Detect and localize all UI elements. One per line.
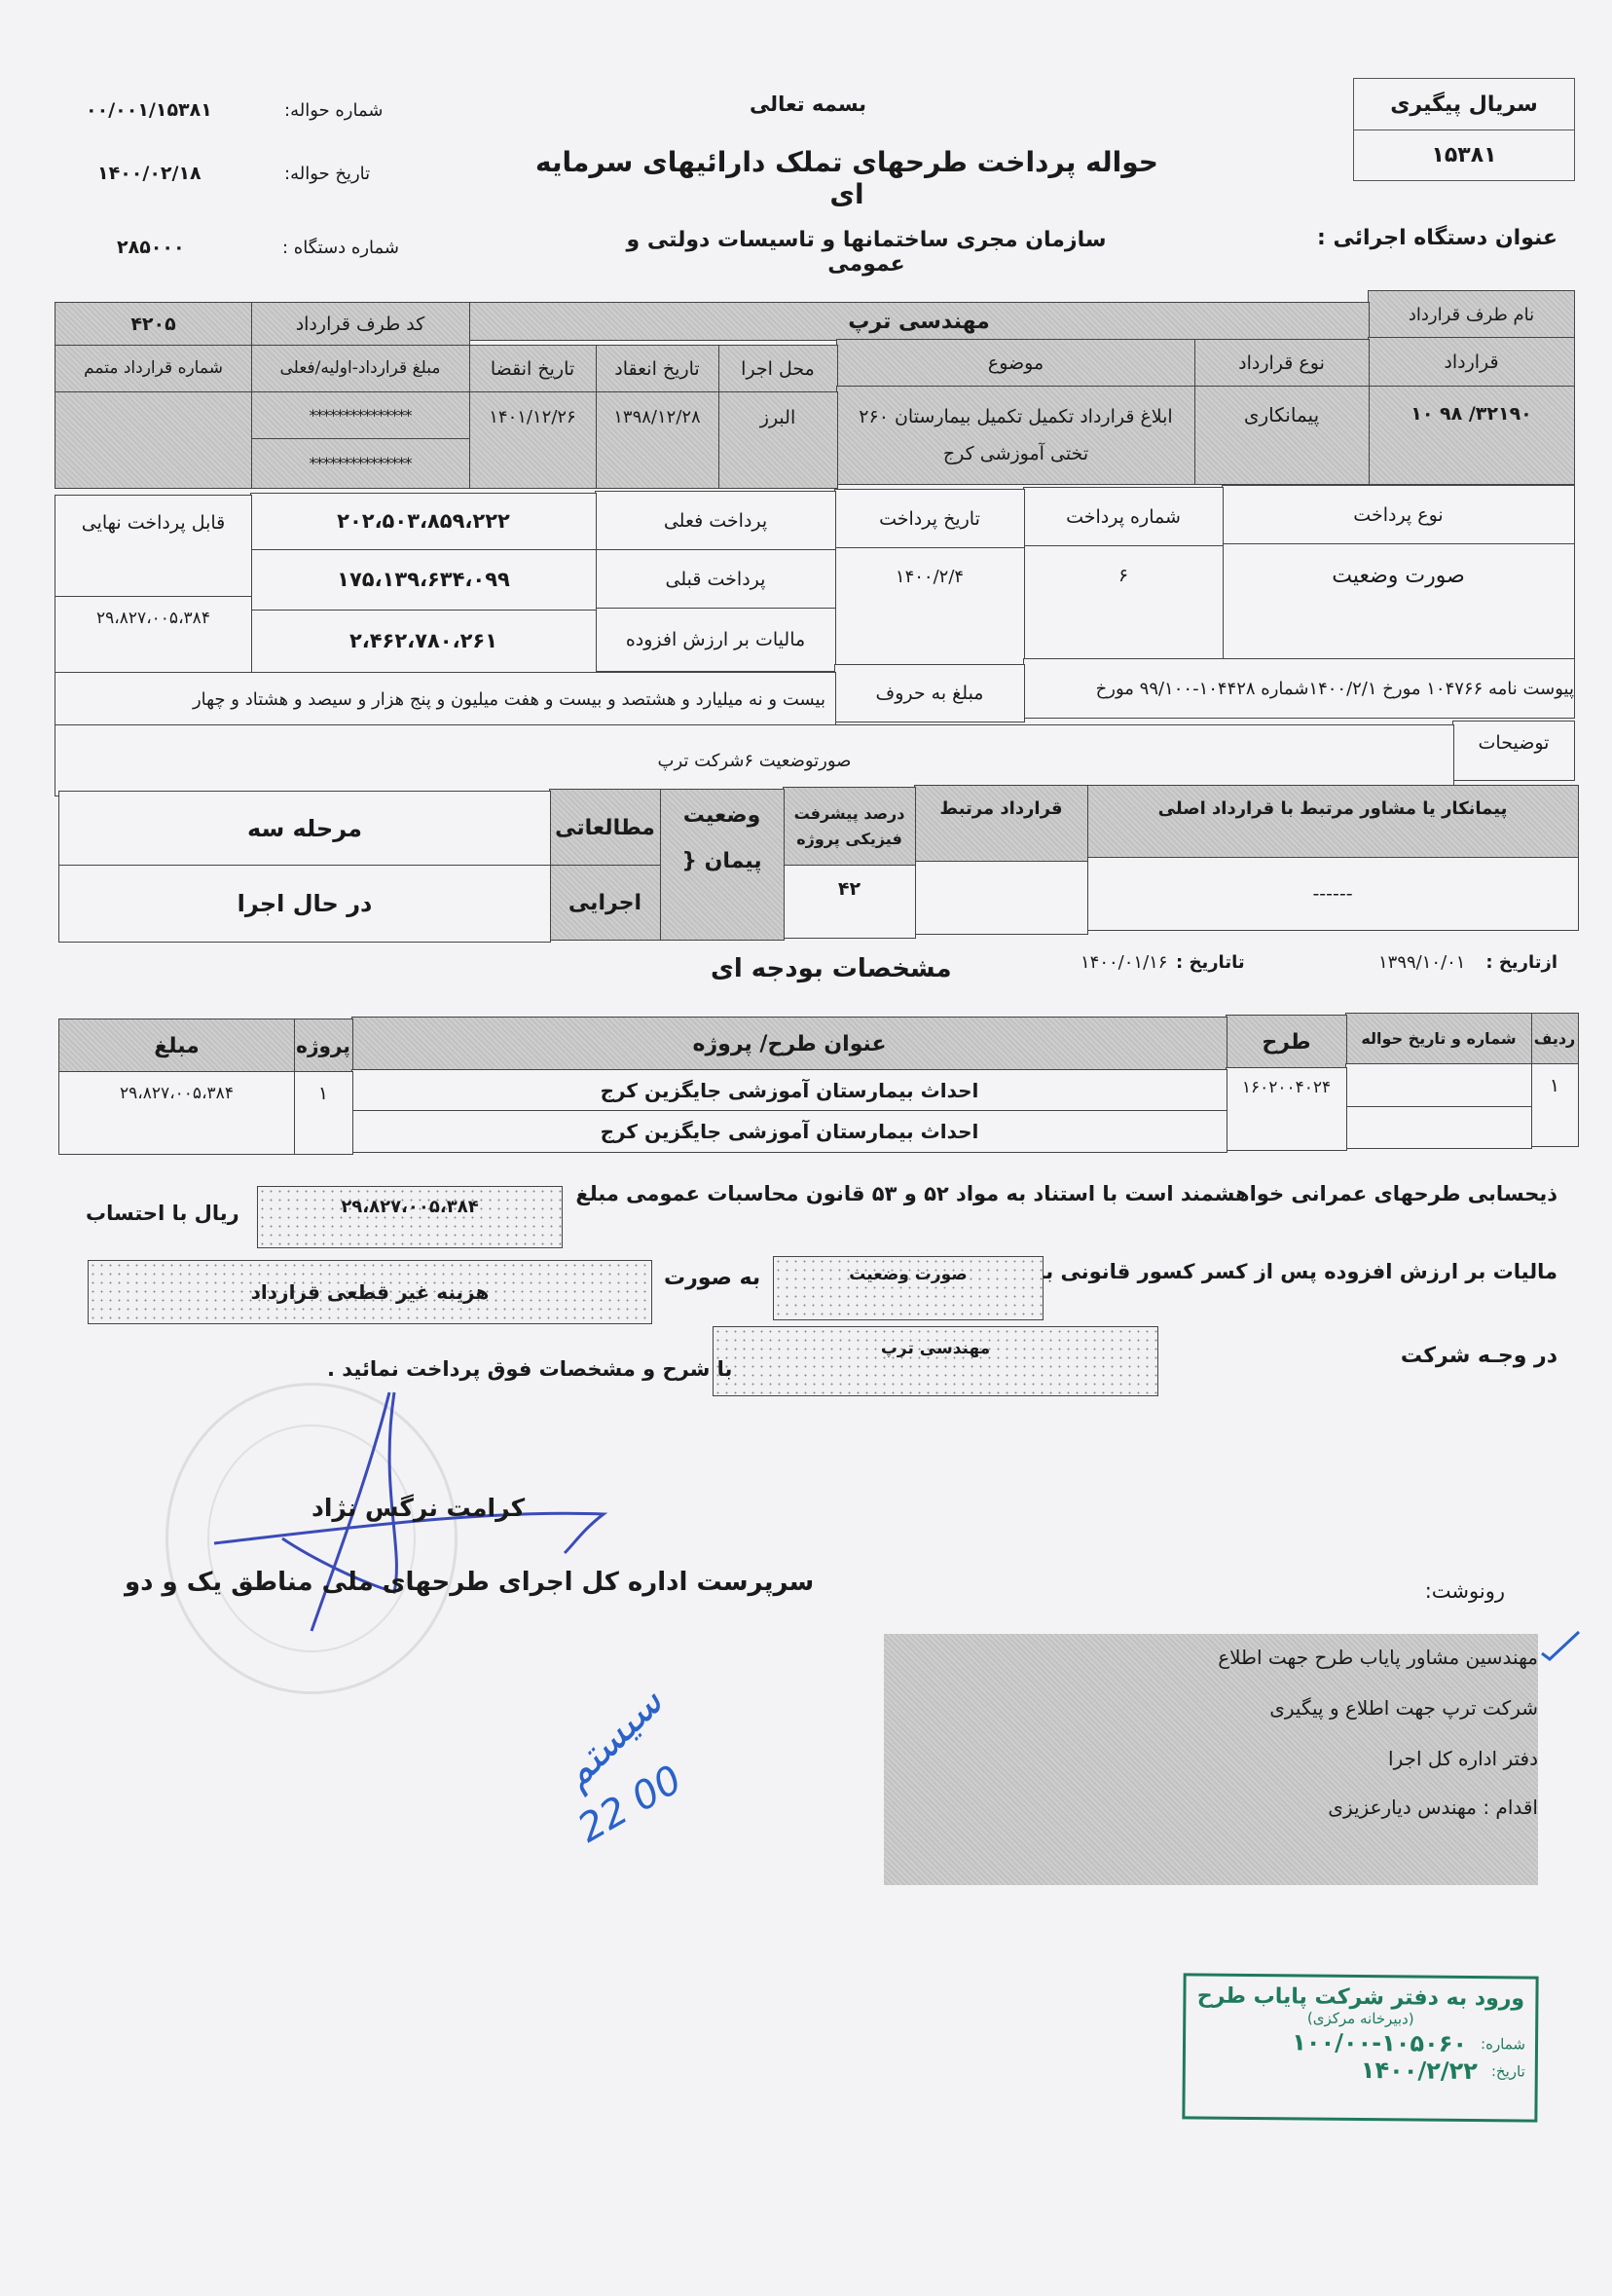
- transfer-number-value: ۰۰/۰۰۱/۱۵۳۸۱: [86, 99, 212, 121]
- party-name-label: نام طرف قرارداد: [1368, 290, 1575, 339]
- cc-box: مهندسین مشاور پایاب طرح جهت اطلاع شرکت ت…: [884, 1634, 1538, 1885]
- supplement-number: [55, 391, 252, 489]
- exec-value: در حال اجرا: [58, 865, 551, 943]
- amount-in-words: بیست و نه میلیارد و هشتصد و بیست و هفت م…: [55, 672, 836, 726]
- contract-amount-initial: ***************: [250, 391, 470, 440]
- budget-row-project: ۱: [293, 1071, 353, 1155]
- page-title: حواله پرداخت طرحهای تملک دارائیهای سرمای…: [526, 146, 1168, 210]
- order-payee-box: مهندسی ترپ: [713, 1326, 1158, 1396]
- agency-label: عنوان دستگاه اجرائی :: [1317, 226, 1557, 250]
- order-line-1-tail: ریال با احتساب: [86, 1202, 239, 1225]
- payment-date: ۱۴۰۰/۲/۴: [834, 547, 1025, 676]
- contract-sign-date: ۱۳۹۸/۱۲/۲۸: [595, 391, 719, 489]
- stamp-number-label: شماره:: [1481, 2035, 1525, 2053]
- final-payable-label: قابل پرداخت نهایی: [55, 495, 252, 598]
- related-contractor-value: ------: [1086, 857, 1579, 931]
- status-sub: پیمان {: [681, 845, 761, 877]
- contract-number: ۱۰ ۹۸ /۳۲۱۹۰: [1368, 386, 1575, 485]
- budget-header-project: پروژه: [293, 1018, 353, 1073]
- header-location: محل اجرا: [717, 345, 838, 393]
- device-number-value: ۲۸۵۰۰۰: [117, 237, 185, 258]
- budget-row-amount: ۲۹،۸۲۷،۰۰۵،۳۸۴: [58, 1071, 295, 1155]
- contract-amount-current: ***************: [250, 438, 470, 489]
- order-line-3-text: در وجـه شرکت: [1401, 1344, 1557, 1368]
- party-name: مهندسی ترپ: [468, 302, 1370, 341]
- header-sign-date: تاریخ انعقاد: [595, 345, 719, 393]
- stamp-title: ورود به دفتر شرکت پایاب طرح: [1186, 1983, 1535, 2011]
- budget-header-row: ردیف: [1530, 1013, 1579, 1065]
- to-date-value: ۱۴۰۰/۰۱/۱۶: [1081, 952, 1167, 973]
- agency-name: سازمان مجری ساختمانها و تاسیسات دولتی و …: [604, 228, 1129, 277]
- progress-label-1: درصد پیشرفت: [794, 801, 905, 827]
- payment-date-label: تاریخ پرداخت: [834, 489, 1025, 549]
- contract-location: البرز: [717, 391, 838, 489]
- signatory-position: سرپرست اداره کل اجرای طرحهای ملی مناطق ی…: [125, 1568, 814, 1597]
- cc-item: دفتر اداره کل اجرا: [1388, 1747, 1538, 1770]
- progress-value: ۴۲: [783, 865, 916, 939]
- header-supplement: شماره قرارداد متمم: [55, 345, 252, 393]
- budget-row-title-project: احداث بیمارستان آموزشی جایگزین کرج: [351, 1110, 1227, 1153]
- amount-in-words-label: مبلغ به حروف: [834, 664, 1025, 722]
- payment-number: ۶: [1023, 545, 1224, 676]
- device-number-label: شماره دستگاه :: [282, 238, 399, 258]
- serial-box: سریال پیگیری ۱۵۳۸۱: [1353, 78, 1575, 181]
- order-line-3-tail: با شرح و مشخصات فوق پرداخت نمائید .: [327, 1357, 732, 1381]
- header-amount: مبلغ قرارداد-اولیه/فعلی: [250, 345, 470, 393]
- cc-label: رونوشت:: [1425, 1579, 1505, 1603]
- stamp-date-label: تاریخ:: [1491, 2062, 1525, 2080]
- vat-label: مالیات بر ارزش افزوده: [595, 608, 836, 672]
- party-code: ۴۲۰۵: [55, 302, 252, 347]
- from-date-label: ازتاریخ :: [1485, 952, 1557, 973]
- header-subject: موضوع: [836, 339, 1195, 388]
- subject-line-2: تختی آموزشی کرج: [943, 440, 1088, 468]
- study-label: مطالعاتی: [549, 789, 661, 867]
- budget-row-number: ۱: [1530, 1063, 1579, 1147]
- previous-payment-value: ۱۷۵،۱۳۹،۶۳۴،۰۹۹: [250, 549, 597, 611]
- budget-row-plan: ۱۶۰۲۰۰۴۰۲۴: [1226, 1067, 1347, 1151]
- party-code-label: کد طرف قرارداد: [250, 302, 470, 347]
- serial-label: سریال پیگیری: [1354, 79, 1574, 130]
- contract-type: پیمانکاری: [1193, 386, 1370, 485]
- cc-item: شرکت ترپ جهت اطلاع و پیگیری: [1269, 1696, 1538, 1720]
- budget-row-ref-1: [1345, 1063, 1532, 1108]
- progress-label-2: فیزیکی پروژه: [796, 827, 902, 852]
- study-value: مرحله سه: [58, 791, 551, 867]
- transfer-date-label: تاریخ حواله:: [284, 164, 370, 184]
- order-line-2-text: مالیات بر ارزش افزوده پس از کسر کسور قان…: [1008, 1260, 1557, 1283]
- check-mark-icon: [1538, 1628, 1583, 1663]
- current-payment-label: پرداخت فعلی: [595, 491, 836, 551]
- previous-payment-label: پرداخت قبلی: [595, 549, 836, 610]
- serial-value: ۱۵۳۸۱: [1354, 130, 1574, 179]
- header-expiry-date: تاریخ انقضا: [468, 345, 597, 393]
- status-label: وضعیت: [683, 799, 761, 832]
- receipt-stamp: ورود به دفتر شرکت پایاب طرح (دبیرخانه مر…: [1182, 1973, 1538, 2122]
- stamp-date-value: ۱۴۰۰/۲/۲۲: [1361, 2056, 1478, 2085]
- contract-subject: ابلاغ قرارداد تکمیل تکمیل بیمارستان ۲۶۰ …: [836, 386, 1195, 485]
- cc-item: اقدام : مهندس دیارعزیزی: [1328, 1796, 1538, 1819]
- order-amount-box: ۲۹،۸۲۷،۰۰۵،۳۸۴: [257, 1186, 563, 1248]
- to-date-label: تاتاریخ :: [1176, 952, 1245, 973]
- payment-number-label: شماره پرداخت: [1023, 487, 1224, 547]
- stamp-subtitle: (دبیرخانه مرکزی): [1186, 2008, 1535, 2028]
- progress-label: درصد پیشرفت فیزیکی پروژه: [783, 787, 916, 867]
- vat-value: ۲،۴۶۲،۷۸۰،۲۶۱: [250, 610, 597, 674]
- notes-label: توضیحات: [1452, 721, 1575, 781]
- payment-type-value: صورت وضعیت: [1222, 543, 1575, 674]
- exec-label: اجرایی: [549, 865, 661, 941]
- header-contract: قرارداد: [1368, 337, 1575, 388]
- order-line-1-text: ذیحسابی طرحهای عمرانی خواهشمند است با اس…: [575, 1182, 1557, 1205]
- budget-header-ref: شماره و تاریخ حواله: [1345, 1013, 1532, 1065]
- transfer-date-value: ۱۴۰۰/۰۲/۱۸: [97, 163, 201, 184]
- transfer-number-label: شماره حواله:: [284, 100, 383, 121]
- final-payable-value: ۲۹،۸۲۷،۰۰۵،۳۸۴: [55, 596, 252, 676]
- current-payment-value: ۲۰۲،۵۰۳،۸۵۹،۲۲۲: [250, 493, 597, 551]
- subject-line-1: ابلاغ قرارداد تکمیل تکمیل بیمارستان ۲۶۰: [859, 403, 1172, 431]
- cc-item: مهندسین مشاور پایاب طرح جهت اطلاع: [1218, 1646, 1538, 1669]
- basmala: بسمه تعالی: [681, 93, 934, 116]
- order-cost-type-box: هزینه غیر قطعی قرارداد: [88, 1260, 652, 1324]
- budget-title: مشخصات بودجه ای: [711, 954, 952, 983]
- signatory-name: کرامت نرگس نژاد: [311, 1494, 525, 1522]
- budget-row-ref-2: [1345, 1106, 1532, 1149]
- status-cell: وضعیت پیمان {: [659, 789, 785, 941]
- budget-header-plan: طرح: [1226, 1015, 1347, 1069]
- contract-expiry-date: ۱۴۰۱/۱۲/۲۶: [468, 391, 597, 489]
- stamp-number-value: ۱۰۰/۰۰-۱۰۵۰۶۰: [1292, 2028, 1467, 2057]
- related-contract-label: قرارداد مرتبط: [914, 785, 1088, 863]
- budget-header-amount: مبلغ: [58, 1018, 295, 1073]
- budget-header-title: عنوان طرح/ پروژه: [351, 1017, 1227, 1071]
- attachment-note: پیوست نامه ۱۰۴۷۶۶ مورخ ۱۴۰۰/۲/۱شماره ۱۰۴…: [1023, 658, 1575, 719]
- payment-type-label: نوع پرداخت: [1222, 485, 1575, 545]
- order-line-2-mid: به صورت: [664, 1266, 760, 1290]
- from-date-value: ۱۳۹۹/۱۰/۰۱: [1378, 952, 1465, 973]
- order-basis-box: صورت وضعیت: [773, 1256, 1044, 1320]
- header-contract-type: نوع قرارداد: [1193, 339, 1370, 388]
- budget-row-title-plan: احداث بیمارستان آموزشی جایگزین کرج: [351, 1069, 1227, 1112]
- related-contractor-label: پیمانکار یا مشاور مرتبط با قرارداد اصلی: [1086, 785, 1579, 859]
- related-contract-value: [914, 861, 1088, 935]
